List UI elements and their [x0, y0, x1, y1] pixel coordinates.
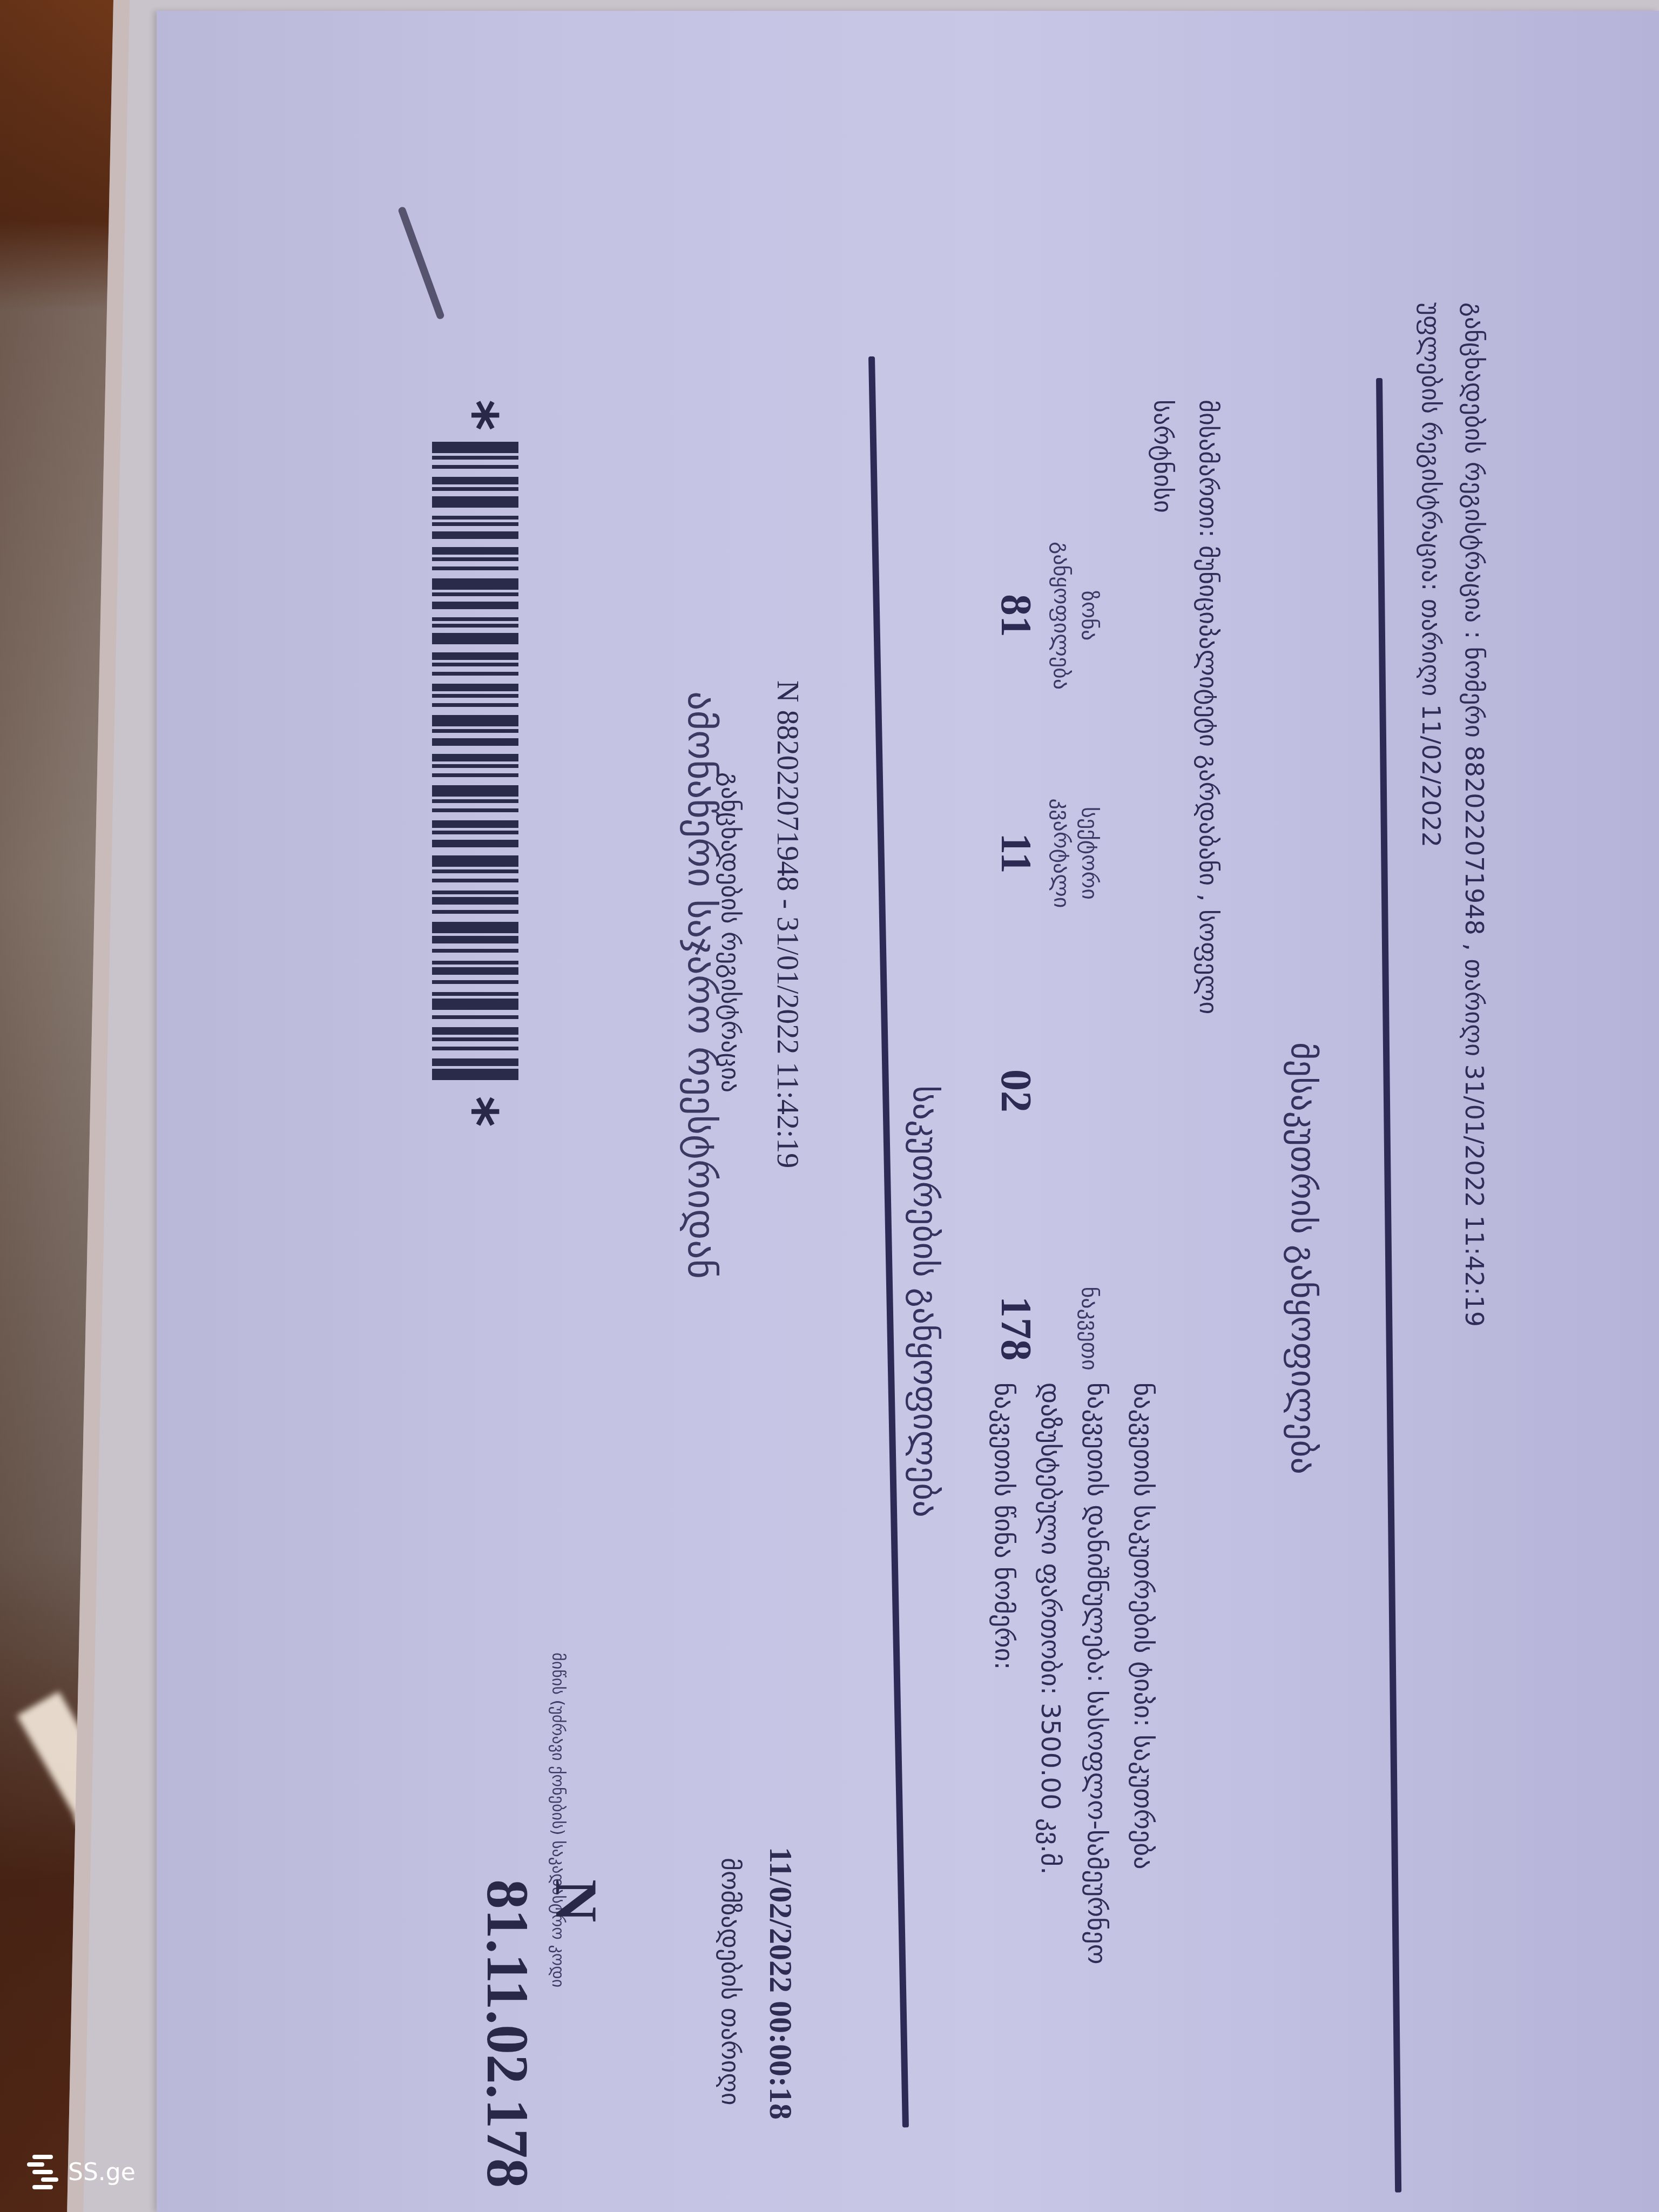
- column-value: 11: [991, 734, 1040, 972]
- cadastral-table: ზონაგანყოფილება81სექტორიკვარტალი1102ნაკვ…: [991, 497, 1102, 1447]
- detail-value: საკუთრება: [1128, 1735, 1158, 1869]
- barcode-block: * *: [432, 400, 518, 1127]
- ss-ge-watermark: SS.ge: [27, 2155, 136, 2189]
- column-label: [1074, 972, 1102, 1210]
- right-registration-line: უფლების რეგისტრაცია: თარიღი 11/02/2022: [1410, 302, 1453, 1327]
- address-label: მისამართი:: [1194, 400, 1223, 537]
- column-sublabel: კვარტალი: [1043, 734, 1074, 972]
- address-line-2: სარტნისი: [1141, 400, 1186, 1264]
- detail-label: ნაკვეთის დანიშნულება:: [1082, 1382, 1112, 1683]
- cadastral-code-value: 81.11.02.178: [475, 1879, 541, 2188]
- cadastral-table-column: 02: [991, 972, 1102, 1210]
- registry-extract-document: * * მიწის (უძრავი ქონების) საკადასტრო კო…: [173, 97, 1577, 2203]
- detail-label: ნაკვეთის წინა ნომერი:: [989, 1382, 1019, 1670]
- detail-row: ნაკვეთის საკუთრების ტიპი:საკუთრება: [1120, 1382, 1166, 1964]
- address-line-1: მუნიციპალიტეტი გარდაბანი , სოფელი: [1194, 545, 1223, 1014]
- application-number: N 882022071948 - 31/01/2022 11:42:19: [770, 680, 805, 1168]
- detail-label: დაზუსტებული ფართობი:: [1035, 1382, 1065, 1695]
- prepared-date-value: 11/02/2022 00:00:18: [762, 1847, 799, 2120]
- barcode-end-star: *: [441, 1096, 510, 1128]
- owner-section-heading: მესაკუთრის განყოფილება: [1284, 1042, 1323, 1474]
- column-value: 81: [991, 497, 1040, 734]
- column-label: ზონა: [1074, 497, 1102, 734]
- section-divider: [868, 356, 909, 2128]
- detail-row: ნაკვეთის წინა ნომერი:: [981, 1382, 1027, 1964]
- property-section-heading: საკუთრების განყოფილება: [906, 1085, 945, 1518]
- owner-registration-info: განცხადების რეგისტრაცია : ნომერი 8820220…: [1410, 302, 1496, 1327]
- prepared-date-label: მომზადების თარიღი: [716, 1858, 745, 2105]
- barcode-icon: [432, 442, 518, 1085]
- cadastral-code: N 81.11.02.178: [473, 1879, 610, 2203]
- section-divider: [1376, 378, 1401, 2193]
- cadastral-table-column: ზონაგანყოფილება81: [991, 497, 1102, 734]
- watermark-text: SS.ge: [68, 2159, 136, 2186]
- pen-mark: [397, 206, 445, 320]
- column-sublabel: განყოფილება: [1043, 497, 1074, 734]
- application-label: განცხადების რეგისტრაცია: [716, 772, 745, 1092]
- column-sublabel: [1043, 972, 1074, 1210]
- column-label: სექტორი: [1074, 734, 1102, 972]
- detail-value: სასოფლო-სამეურნეო: [1082, 1690, 1112, 1964]
- cadastral-table-column: სექტორიკვარტალი11: [991, 734, 1102, 972]
- detail-row: ნაკვეთის დანიშნულება:სასოფლო-სამეურნეო: [1074, 1382, 1120, 1964]
- cadastral-code-prefix: N: [543, 1879, 609, 1922]
- barcode-start-star: *: [441, 400, 510, 431]
- property-details: ნაკვეთის საკუთრების ტიპი:საკუთრებანაკვეთ…: [981, 1382, 1166, 1964]
- detail-row: დაზუსტებული ფართობი:3500.00 კვ.მ.: [1027, 1382, 1074, 1964]
- owner-application-line: განცხადების რეგისტრაცია : ნომერი 8820220…: [1453, 302, 1496, 1327]
- ss-lines-logo-icon: [27, 2155, 58, 2189]
- column-value: 02: [991, 972, 1040, 1210]
- detail-value: 3500.00 კვ.მ.: [1035, 1703, 1065, 1874]
- property-address: მისამართი: მუნიციპალიტეტი გარდაბანი , სო…: [1141, 400, 1231, 1264]
- detail-label: ნაკვეთის საკუთრების ტიპი:: [1128, 1382, 1158, 1727]
